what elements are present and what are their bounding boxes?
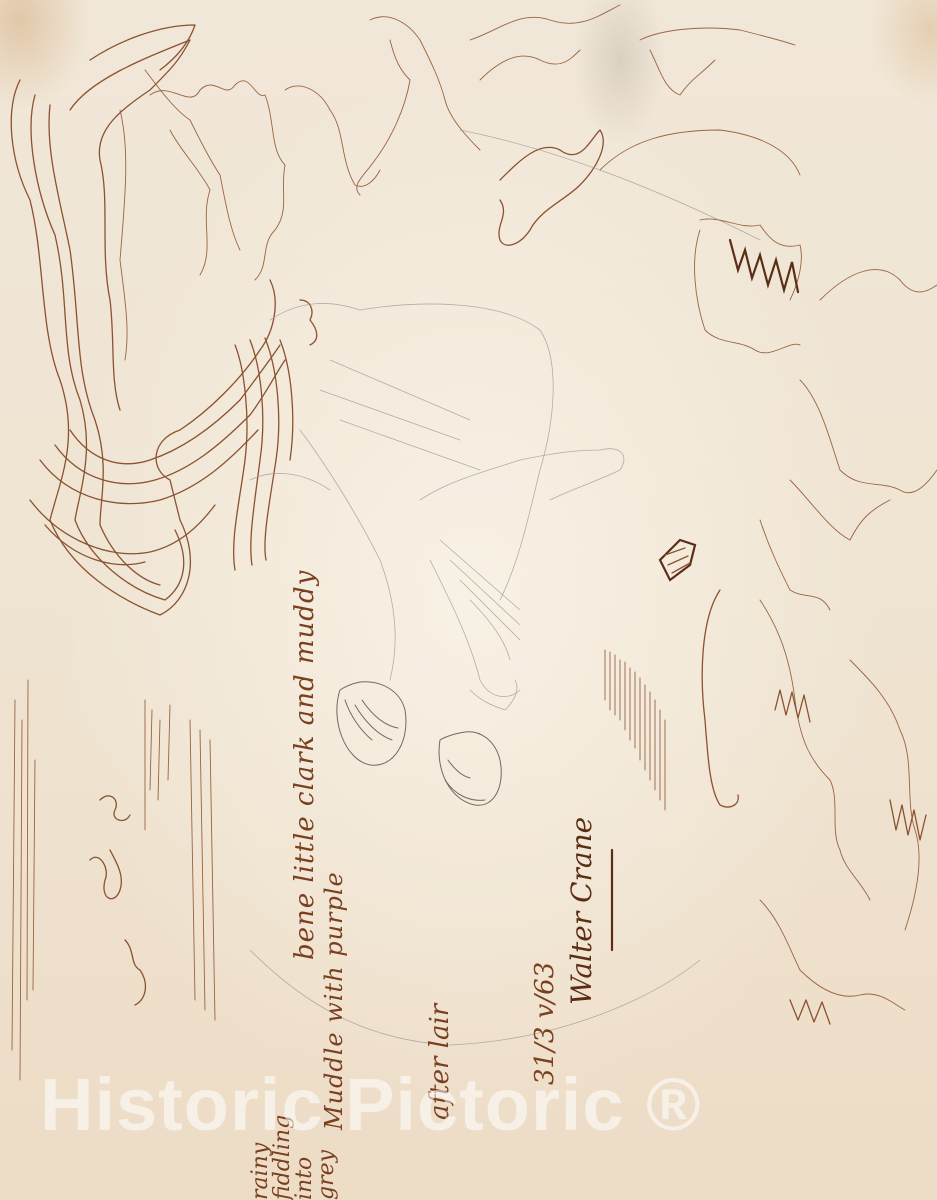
landscape-strokes — [12, 680, 215, 1080]
hatching-strokes — [605, 650, 665, 810]
ink-sketch-drawing — [0, 0, 937, 1200]
rock-outlines — [150, 5, 800, 280]
note-line-1: bene little clark and muddy — [290, 570, 320, 960]
contour-ink-form — [11, 25, 316, 615]
artist-signature: Walter Crane — [565, 817, 598, 1005]
cloud-outlines — [660, 219, 937, 1024]
watermark: Historic Pictoric ® — [40, 1062, 900, 1147]
artwork-sheet: bene little clark and muddy Muddle with … — [0, 0, 937, 1200]
